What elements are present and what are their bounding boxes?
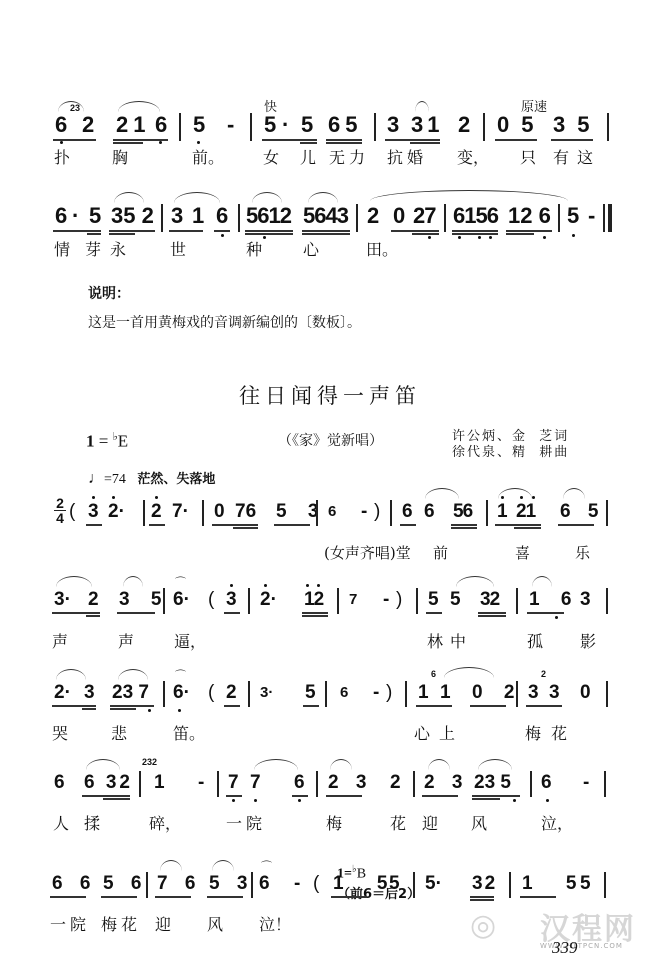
low-octave-dot xyxy=(458,236,461,239)
barline xyxy=(483,113,485,141)
barline xyxy=(516,588,518,614)
slur xyxy=(444,667,494,678)
note: 6· xyxy=(173,588,190,612)
low-octave-dot xyxy=(572,234,575,237)
note: 35 2 xyxy=(111,204,154,228)
note: 6 xyxy=(55,113,67,137)
lyric: 世 xyxy=(170,240,186,260)
grace-note: 23 xyxy=(70,103,80,113)
underline xyxy=(470,899,494,901)
note: 1 xyxy=(154,771,165,795)
barline xyxy=(530,771,532,797)
lyric: 风 xyxy=(471,814,487,834)
note: 31 xyxy=(411,113,443,137)
note: 2 xyxy=(151,500,162,524)
barline xyxy=(146,872,148,898)
note: 6 xyxy=(54,771,65,795)
note: 0 xyxy=(393,204,405,228)
barline xyxy=(509,872,511,898)
note: 0 xyxy=(580,681,591,705)
underline xyxy=(224,612,240,614)
note: 3· xyxy=(260,681,273,705)
lyric: 无力 xyxy=(329,148,369,168)
high-octave-dot xyxy=(155,496,158,499)
composer-credit: 徐代泉、精 耕曲 xyxy=(452,441,569,460)
high-octave-dot xyxy=(112,496,115,499)
note-heading: 说明： xyxy=(88,283,130,303)
watermark-logo-icon: ◎ xyxy=(470,908,496,943)
underline xyxy=(226,795,242,797)
time-sig-bottom: 4 xyxy=(54,511,66,525)
underline xyxy=(451,524,477,526)
note: 5 xyxy=(89,204,101,228)
slur xyxy=(160,860,182,871)
note: 6 xyxy=(216,204,228,228)
low-octave-dot xyxy=(148,709,151,712)
underline xyxy=(169,230,203,232)
lyric: 影 xyxy=(580,632,596,652)
note: 7 xyxy=(250,771,261,795)
underline xyxy=(472,795,520,797)
note: 6· xyxy=(173,681,190,705)
lyric: 花 xyxy=(551,724,567,744)
lyric: 变， xyxy=(457,148,489,168)
note: 76 xyxy=(235,500,256,524)
lyric: 心 xyxy=(303,240,319,260)
lyric: 揉 xyxy=(84,814,100,834)
note: 2 xyxy=(367,204,379,228)
underline xyxy=(50,896,86,898)
note: 2· xyxy=(260,588,277,612)
note: - xyxy=(583,771,589,795)
note: 5 xyxy=(264,113,276,137)
high-octave-dot xyxy=(306,584,309,587)
barline xyxy=(413,872,415,898)
slur xyxy=(428,759,450,770)
barline xyxy=(217,771,219,797)
low-octave-dot xyxy=(159,141,162,144)
lyric: 前。 xyxy=(192,148,224,168)
underline xyxy=(274,524,310,526)
note: 7 xyxy=(228,771,239,795)
fermata-icon: ⌒ xyxy=(175,671,186,681)
note: 6 xyxy=(328,500,336,524)
barline xyxy=(606,588,608,614)
lyric: 儿 xyxy=(300,148,316,168)
lyric: 迎 xyxy=(155,915,171,935)
high-octave-dot xyxy=(92,496,95,499)
underline xyxy=(526,705,562,707)
note: 5 xyxy=(389,872,400,896)
note: 3 xyxy=(226,588,237,612)
slur xyxy=(114,192,144,203)
note: - xyxy=(198,771,204,795)
note: 7· xyxy=(172,500,189,524)
underline xyxy=(472,798,500,800)
underline xyxy=(302,233,350,235)
lyric: 永 xyxy=(110,240,126,260)
barline xyxy=(316,771,318,797)
barline xyxy=(607,113,609,141)
note: 2 xyxy=(458,113,470,137)
underline xyxy=(416,705,452,707)
underline xyxy=(470,896,494,898)
lyric: 逼， xyxy=(174,632,206,652)
paren-open: ( xyxy=(313,872,319,896)
underline xyxy=(506,233,534,235)
underline xyxy=(452,230,498,232)
barline xyxy=(143,500,145,526)
underline xyxy=(109,230,155,232)
time-sig-top: 2 xyxy=(54,496,66,511)
lyric: 梅花 xyxy=(101,915,141,935)
high-octave-dot xyxy=(520,496,523,499)
paren-close: ) xyxy=(386,681,392,705)
note: 3· xyxy=(54,588,71,612)
lyric: 迎 xyxy=(422,814,438,834)
slur xyxy=(56,669,86,680)
barline xyxy=(413,771,415,797)
note: 1 xyxy=(192,204,204,228)
underline xyxy=(495,524,541,526)
barline xyxy=(325,681,327,707)
lyric: 心 xyxy=(414,724,430,744)
underline xyxy=(478,612,506,614)
slur xyxy=(254,759,298,770)
note: 3 xyxy=(549,681,560,705)
barline xyxy=(604,872,606,898)
underline xyxy=(520,896,556,898)
underline xyxy=(101,896,137,898)
underline xyxy=(262,139,317,141)
underline xyxy=(113,142,143,144)
note: 2 3 xyxy=(424,771,468,795)
fermata-icon: ⌒ xyxy=(175,578,186,588)
underline xyxy=(551,139,593,141)
underline xyxy=(331,896,367,898)
note: 5643 xyxy=(303,204,348,228)
paren-open: ( xyxy=(208,681,214,705)
note: 23 5 xyxy=(474,771,511,795)
note: 6 xyxy=(155,113,167,137)
barline xyxy=(374,113,376,141)
note: 5 xyxy=(580,872,591,896)
note: 2· xyxy=(54,681,71,705)
note: 2 xyxy=(82,113,94,137)
barline xyxy=(139,771,141,797)
low-octave-dot xyxy=(60,141,63,144)
low-octave-dot xyxy=(263,236,266,239)
barline xyxy=(248,681,250,707)
paren-open: ( xyxy=(208,588,214,612)
underline xyxy=(245,230,293,232)
high-octave-dot xyxy=(264,584,267,587)
slur xyxy=(212,860,234,871)
tempo-expression: 茫然、失落地 xyxy=(137,472,215,487)
underline xyxy=(155,896,191,898)
note: 2 xyxy=(226,681,237,705)
note: 3 xyxy=(387,113,399,137)
lyric: 乐 xyxy=(575,543,590,563)
underline xyxy=(233,527,258,529)
underline xyxy=(495,139,537,141)
note: 3 5 xyxy=(119,588,169,612)
note: 5 3 xyxy=(209,872,253,896)
note: 2 xyxy=(390,771,401,795)
grace-note: 2 xyxy=(541,669,546,679)
high-octave-dot xyxy=(532,496,535,499)
lyric: 喜 xyxy=(515,543,530,563)
tempo-bpm: =74 xyxy=(104,472,126,487)
note: 1 6 xyxy=(529,588,579,612)
underline xyxy=(412,233,439,235)
slur xyxy=(86,759,120,770)
underline xyxy=(391,230,439,232)
underline xyxy=(214,230,230,232)
low-octave-dot xyxy=(513,799,516,802)
note: 3 xyxy=(528,681,539,705)
barline xyxy=(405,681,407,707)
underline xyxy=(82,795,130,797)
barline xyxy=(248,588,250,614)
note: 32 xyxy=(472,872,497,896)
note: 6 xyxy=(294,771,305,795)
lyric: 林 xyxy=(427,632,443,652)
low-octave-dot xyxy=(298,799,301,802)
slur xyxy=(174,192,220,203)
lyric: 一院 xyxy=(226,814,266,834)
lyric: 泣， xyxy=(541,814,573,834)
underline xyxy=(53,139,96,141)
note: 21 xyxy=(116,113,150,137)
low-octave-dot xyxy=(555,616,558,619)
barline xyxy=(558,204,560,232)
underline xyxy=(103,798,130,800)
tempo-marking: ♩=74 茫然、失落地 xyxy=(88,468,215,488)
slur xyxy=(478,759,512,770)
note: 1 xyxy=(497,500,508,524)
lyric: 笛。 xyxy=(173,724,205,744)
paren-close: ) xyxy=(396,588,402,612)
note: 7 6 xyxy=(157,872,201,896)
underline xyxy=(52,612,100,614)
lyric: 孤 xyxy=(527,632,543,652)
song-staff-line-1: 2 4 ( 3 2· 2 7· 0 76 5 3 6 - ) 6 6 56 1 … xyxy=(0,500,660,540)
lyric: 芽 xyxy=(85,240,101,260)
lyric: 泣！ xyxy=(259,915,291,935)
lyric: 碎， xyxy=(149,814,181,834)
note: 65 xyxy=(328,113,362,137)
underline xyxy=(212,524,258,526)
staff-line-2: 6 · 5 35 2 3 1 6 5612 5643 2 0 27 6156 1… xyxy=(0,204,660,244)
lyric: 声 xyxy=(52,632,68,652)
underline xyxy=(86,524,102,526)
underline xyxy=(302,230,350,232)
slur xyxy=(330,759,352,770)
key-signature: 1 = ♭E xyxy=(86,430,128,452)
note: 5 6 xyxy=(103,872,147,896)
note: 5 xyxy=(193,113,205,137)
lyric: 上 xyxy=(439,724,455,744)
key-equals: = xyxy=(99,432,109,451)
note: 2 3 xyxy=(328,771,372,795)
underline xyxy=(527,612,564,614)
barline xyxy=(337,588,339,614)
underline xyxy=(558,524,594,526)
note: 3 xyxy=(84,681,95,705)
note: 6 5 xyxy=(560,500,604,524)
note-text: 这是一首用黄梅戏的音调新编创的〔数板〕。 xyxy=(88,312,361,332)
low-octave-dot xyxy=(543,236,546,239)
underline xyxy=(422,795,458,797)
low-octave-dot xyxy=(478,236,481,239)
song-staff-line-3: 2· 3 23 7 ⌒ 6· ( 2 3· 5 6 - ) 6 1 1 0 2 … xyxy=(0,681,660,721)
lyric: 胸 xyxy=(112,148,128,168)
barline xyxy=(251,872,253,898)
note: 1 xyxy=(418,681,429,705)
lyric: 风 xyxy=(207,915,223,935)
barline xyxy=(238,204,240,232)
barline xyxy=(606,681,608,707)
lyric: 花 xyxy=(390,814,406,834)
slur xyxy=(370,190,568,201)
lyric: 女 xyxy=(263,148,279,168)
note: 6 6 xyxy=(52,872,96,896)
final-barline-thin xyxy=(603,204,605,232)
note: 3 xyxy=(171,204,183,228)
slur xyxy=(123,576,143,587)
barline xyxy=(250,113,252,141)
barline xyxy=(163,588,165,614)
underline xyxy=(470,705,506,707)
slur xyxy=(118,669,148,680)
lyric: 梅 xyxy=(326,814,342,834)
underline xyxy=(87,233,101,235)
note: 5 xyxy=(428,588,439,612)
note: 23 7 xyxy=(112,681,149,705)
underline xyxy=(426,612,442,614)
low-octave-dot xyxy=(254,799,257,802)
note: 5 xyxy=(301,113,313,137)
underline xyxy=(514,527,541,529)
barline xyxy=(606,500,608,526)
time-signature: 2 4 xyxy=(54,496,66,525)
note: - xyxy=(373,681,379,705)
note: 05 xyxy=(497,113,545,137)
slur xyxy=(456,576,494,587)
high-octave-dot xyxy=(501,496,504,499)
note: 3 xyxy=(580,588,591,612)
song-title: 往日闻得一声笛 xyxy=(0,380,660,410)
note: 5 xyxy=(450,588,461,612)
underline xyxy=(110,708,136,710)
underline xyxy=(410,142,440,144)
barline xyxy=(356,204,358,232)
note: 5 xyxy=(305,681,316,705)
barline xyxy=(416,588,418,614)
slur xyxy=(563,488,585,499)
note: 6 32 xyxy=(84,771,133,795)
barline xyxy=(316,500,318,526)
lyric: 哭 xyxy=(52,724,68,744)
underline xyxy=(400,524,416,526)
underline xyxy=(326,142,362,144)
note: 3 xyxy=(88,500,99,524)
song-staff-line-2: 3· 2 3 5 ⌒ 6· ( 3 2· 12 7 - ) 5 5 32 1 6… xyxy=(0,588,660,628)
note: 1 xyxy=(440,681,451,705)
low-octave-dot xyxy=(546,799,549,802)
lyric: 抗婚 xyxy=(387,148,427,168)
barline xyxy=(163,681,165,707)
lyric: 中 xyxy=(450,632,466,652)
note: 2· xyxy=(108,500,125,524)
underline xyxy=(292,795,308,797)
underline xyxy=(82,708,96,710)
key-one: 1 xyxy=(86,432,95,451)
underline xyxy=(300,142,317,144)
note: 6 xyxy=(424,500,435,524)
underline xyxy=(506,230,552,232)
note: 6156 xyxy=(453,204,498,228)
note: 35 xyxy=(553,113,601,137)
note: 0 xyxy=(214,500,225,524)
low-octave-dot xyxy=(489,236,492,239)
lyric: 只 xyxy=(520,148,536,168)
underline xyxy=(326,139,362,141)
staff-line-1: 23 6 2 21 6 5 - 5 · 5 65 3 31 2 05 35 xyxy=(0,113,660,153)
slur xyxy=(415,101,429,112)
high-octave-dot xyxy=(317,584,320,587)
final-barline-thick xyxy=(608,204,612,232)
underline xyxy=(53,230,101,232)
underline xyxy=(452,233,498,235)
underline xyxy=(117,612,155,614)
slur xyxy=(532,576,552,587)
page-number: 339 xyxy=(552,938,578,958)
low-octave-dot xyxy=(428,236,431,239)
lyric: 扑 xyxy=(54,148,70,168)
paren-open: ( xyxy=(69,500,75,524)
note: 32 xyxy=(480,588,499,612)
note: 5· xyxy=(425,872,442,896)
note: 7 xyxy=(349,588,357,612)
lyric: 人 xyxy=(53,814,69,834)
grace-note: 232 xyxy=(142,757,157,767)
barline xyxy=(486,500,488,526)
note: 0 2 xyxy=(472,681,522,705)
barline xyxy=(202,500,204,526)
underline xyxy=(149,524,165,526)
note: 6 xyxy=(541,771,552,795)
slur xyxy=(118,101,160,112)
slur xyxy=(252,192,282,203)
lyric: 一院 xyxy=(50,915,90,935)
barline xyxy=(604,771,606,797)
note: 12 xyxy=(304,588,323,612)
barline xyxy=(516,681,518,707)
note: 27 xyxy=(413,204,435,228)
underline xyxy=(478,615,506,617)
note: 6 xyxy=(340,681,348,705)
slur xyxy=(308,192,338,203)
note: - xyxy=(227,113,234,137)
dot-extension: · xyxy=(72,204,79,228)
note: 12 6 xyxy=(508,204,551,228)
lyric: 情 xyxy=(54,240,70,260)
underline xyxy=(245,233,293,235)
slur xyxy=(56,576,92,587)
note: 6 xyxy=(402,500,413,524)
